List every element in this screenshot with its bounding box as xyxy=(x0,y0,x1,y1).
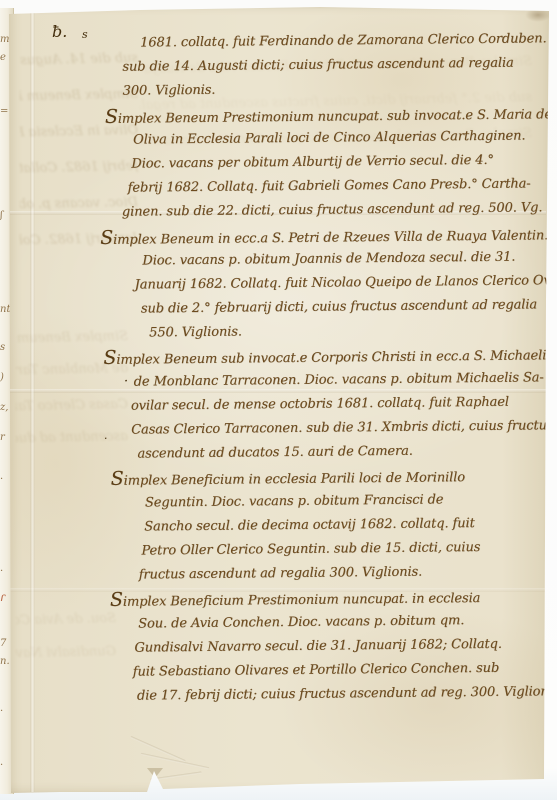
edge-ink-fragment: · xyxy=(0,706,12,717)
edge-ink-fragment: · xyxy=(0,566,12,577)
manuscript-line: Casas Clerico Tarraconen. sub die 31. Xm… xyxy=(131,414,557,443)
corner-stain xyxy=(525,8,551,22)
edge-ink-fragment: 7 xyxy=(0,638,12,649)
manuscript-page: sub die 14. Augusti dicti; cuius fructus… xyxy=(0,0,557,800)
scanned-manuscript-photo: m e = ʃ nt s ) z, r · · ɾ 7 n. · · sub d… xyxy=(0,0,557,800)
edge-ink-fragment: · xyxy=(0,760,12,771)
manuscript-line: sub die 14. Augusti dicti; cuius fructus… xyxy=(122,51,557,80)
paper-tear-notch xyxy=(147,768,163,778)
edge-ink-fragment-red: ɾ xyxy=(0,590,12,604)
manuscript-text-block: 1681. collatq. fuit Ferdinando de Zamora… xyxy=(0,27,557,710)
manuscript-line: die 17. febrij dicti; cuius fructus asce… xyxy=(137,680,557,709)
manuscript-line: sub die 2.° februarij dicti, cuius fruct… xyxy=(141,293,557,322)
edge-ink-fragment: n. xyxy=(0,656,12,667)
